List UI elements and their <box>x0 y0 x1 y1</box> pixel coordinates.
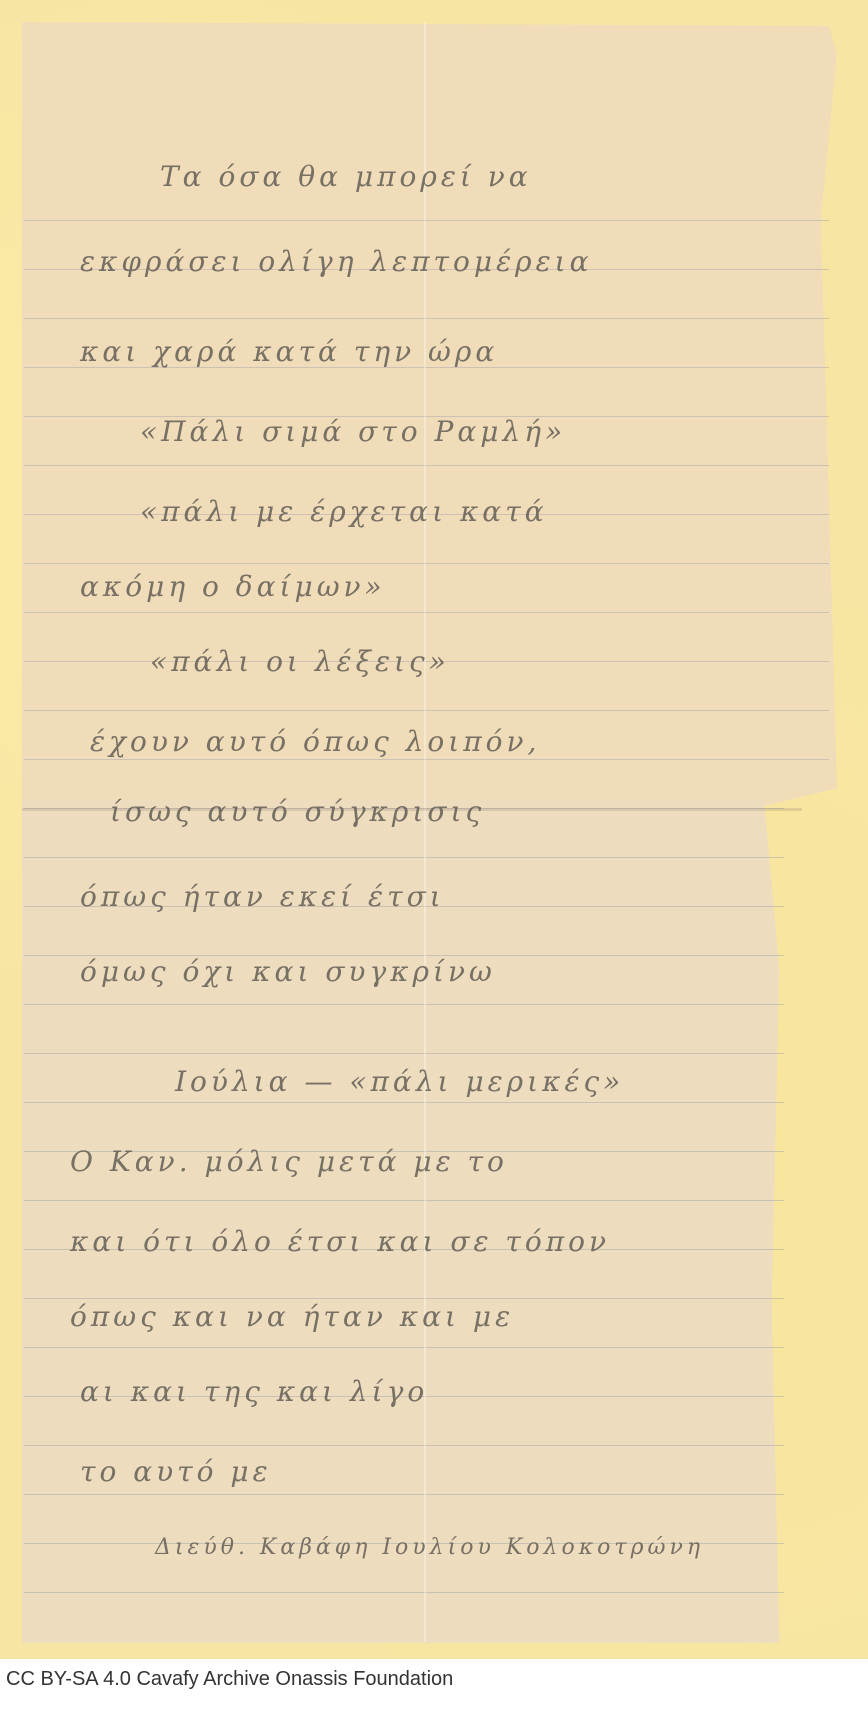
ruled-line <box>24 1445 784 1446</box>
handwritten-line: αι και της και λίγο <box>80 1375 428 1408</box>
handwritten-line: «Πάλι σιμά στο Ραμλή» <box>140 415 566 448</box>
handwritten-line: και ότι όλο έτσι και σε τόπον <box>70 1225 610 1258</box>
handwritten-line: όπως και να ήταν και με <box>70 1300 514 1333</box>
ruled-line <box>24 563 829 564</box>
ruled-line <box>24 465 829 466</box>
handwritten-line: ακόμη ο δαίμων» <box>80 570 386 603</box>
handwritten-line: όπως ήταν εκεί έτσι <box>80 880 445 913</box>
handwritten-line: όμως όχι και συγκρίνω <box>80 955 496 988</box>
handwritten-line: «πάλι με έρχεται κατά <box>140 495 548 528</box>
handwritten-line: Ιούλια — «πάλι μερικές» <box>175 1065 624 1098</box>
license-credit: CC BY-SA 4.0 Cavafy Archive Onassis Foun… <box>6 1668 453 1691</box>
ruled-line <box>24 220 829 221</box>
ruled-line <box>24 1298 784 1299</box>
handwritten-line: και χαρά κατά την ώρα <box>80 335 498 368</box>
ruled-line <box>24 1494 784 1495</box>
ruled-line <box>24 1347 784 1348</box>
handwritten-line: έχουν αυτό όπως λοιπόν, <box>90 725 540 758</box>
ruled-line <box>24 612 829 613</box>
ruled-line <box>24 857 784 858</box>
handwritten-line: Ο Καν. μόλις μετά με το <box>70 1145 508 1178</box>
handwritten-line: εκφράσει ολίγη λεπτομέρεια <box>80 245 593 278</box>
handwritten-line: «πάλι οι λέξεις» <box>150 645 450 678</box>
handwritten-signature-line: Διεύθ. Καβάφη Ιουλίου Κολοκοτρώνη <box>155 1535 704 1560</box>
manuscript-lower-sheet <box>22 800 787 1643</box>
handwritten-line: ίσως αυτό σύγκρισις <box>110 795 485 828</box>
ruled-line <box>24 1592 784 1593</box>
handwritten-line: το αυτό με <box>80 1455 272 1488</box>
ruled-line <box>24 1004 784 1005</box>
handwritten-line: Τα όσα θα μπορεί να <box>160 160 532 193</box>
ruled-line <box>24 1200 784 1201</box>
ruled-line <box>24 710 829 711</box>
ruled-line <box>24 759 829 760</box>
ruled-line <box>24 318 829 319</box>
ruled-line <box>24 1053 784 1054</box>
ruled-line <box>24 1102 784 1103</box>
